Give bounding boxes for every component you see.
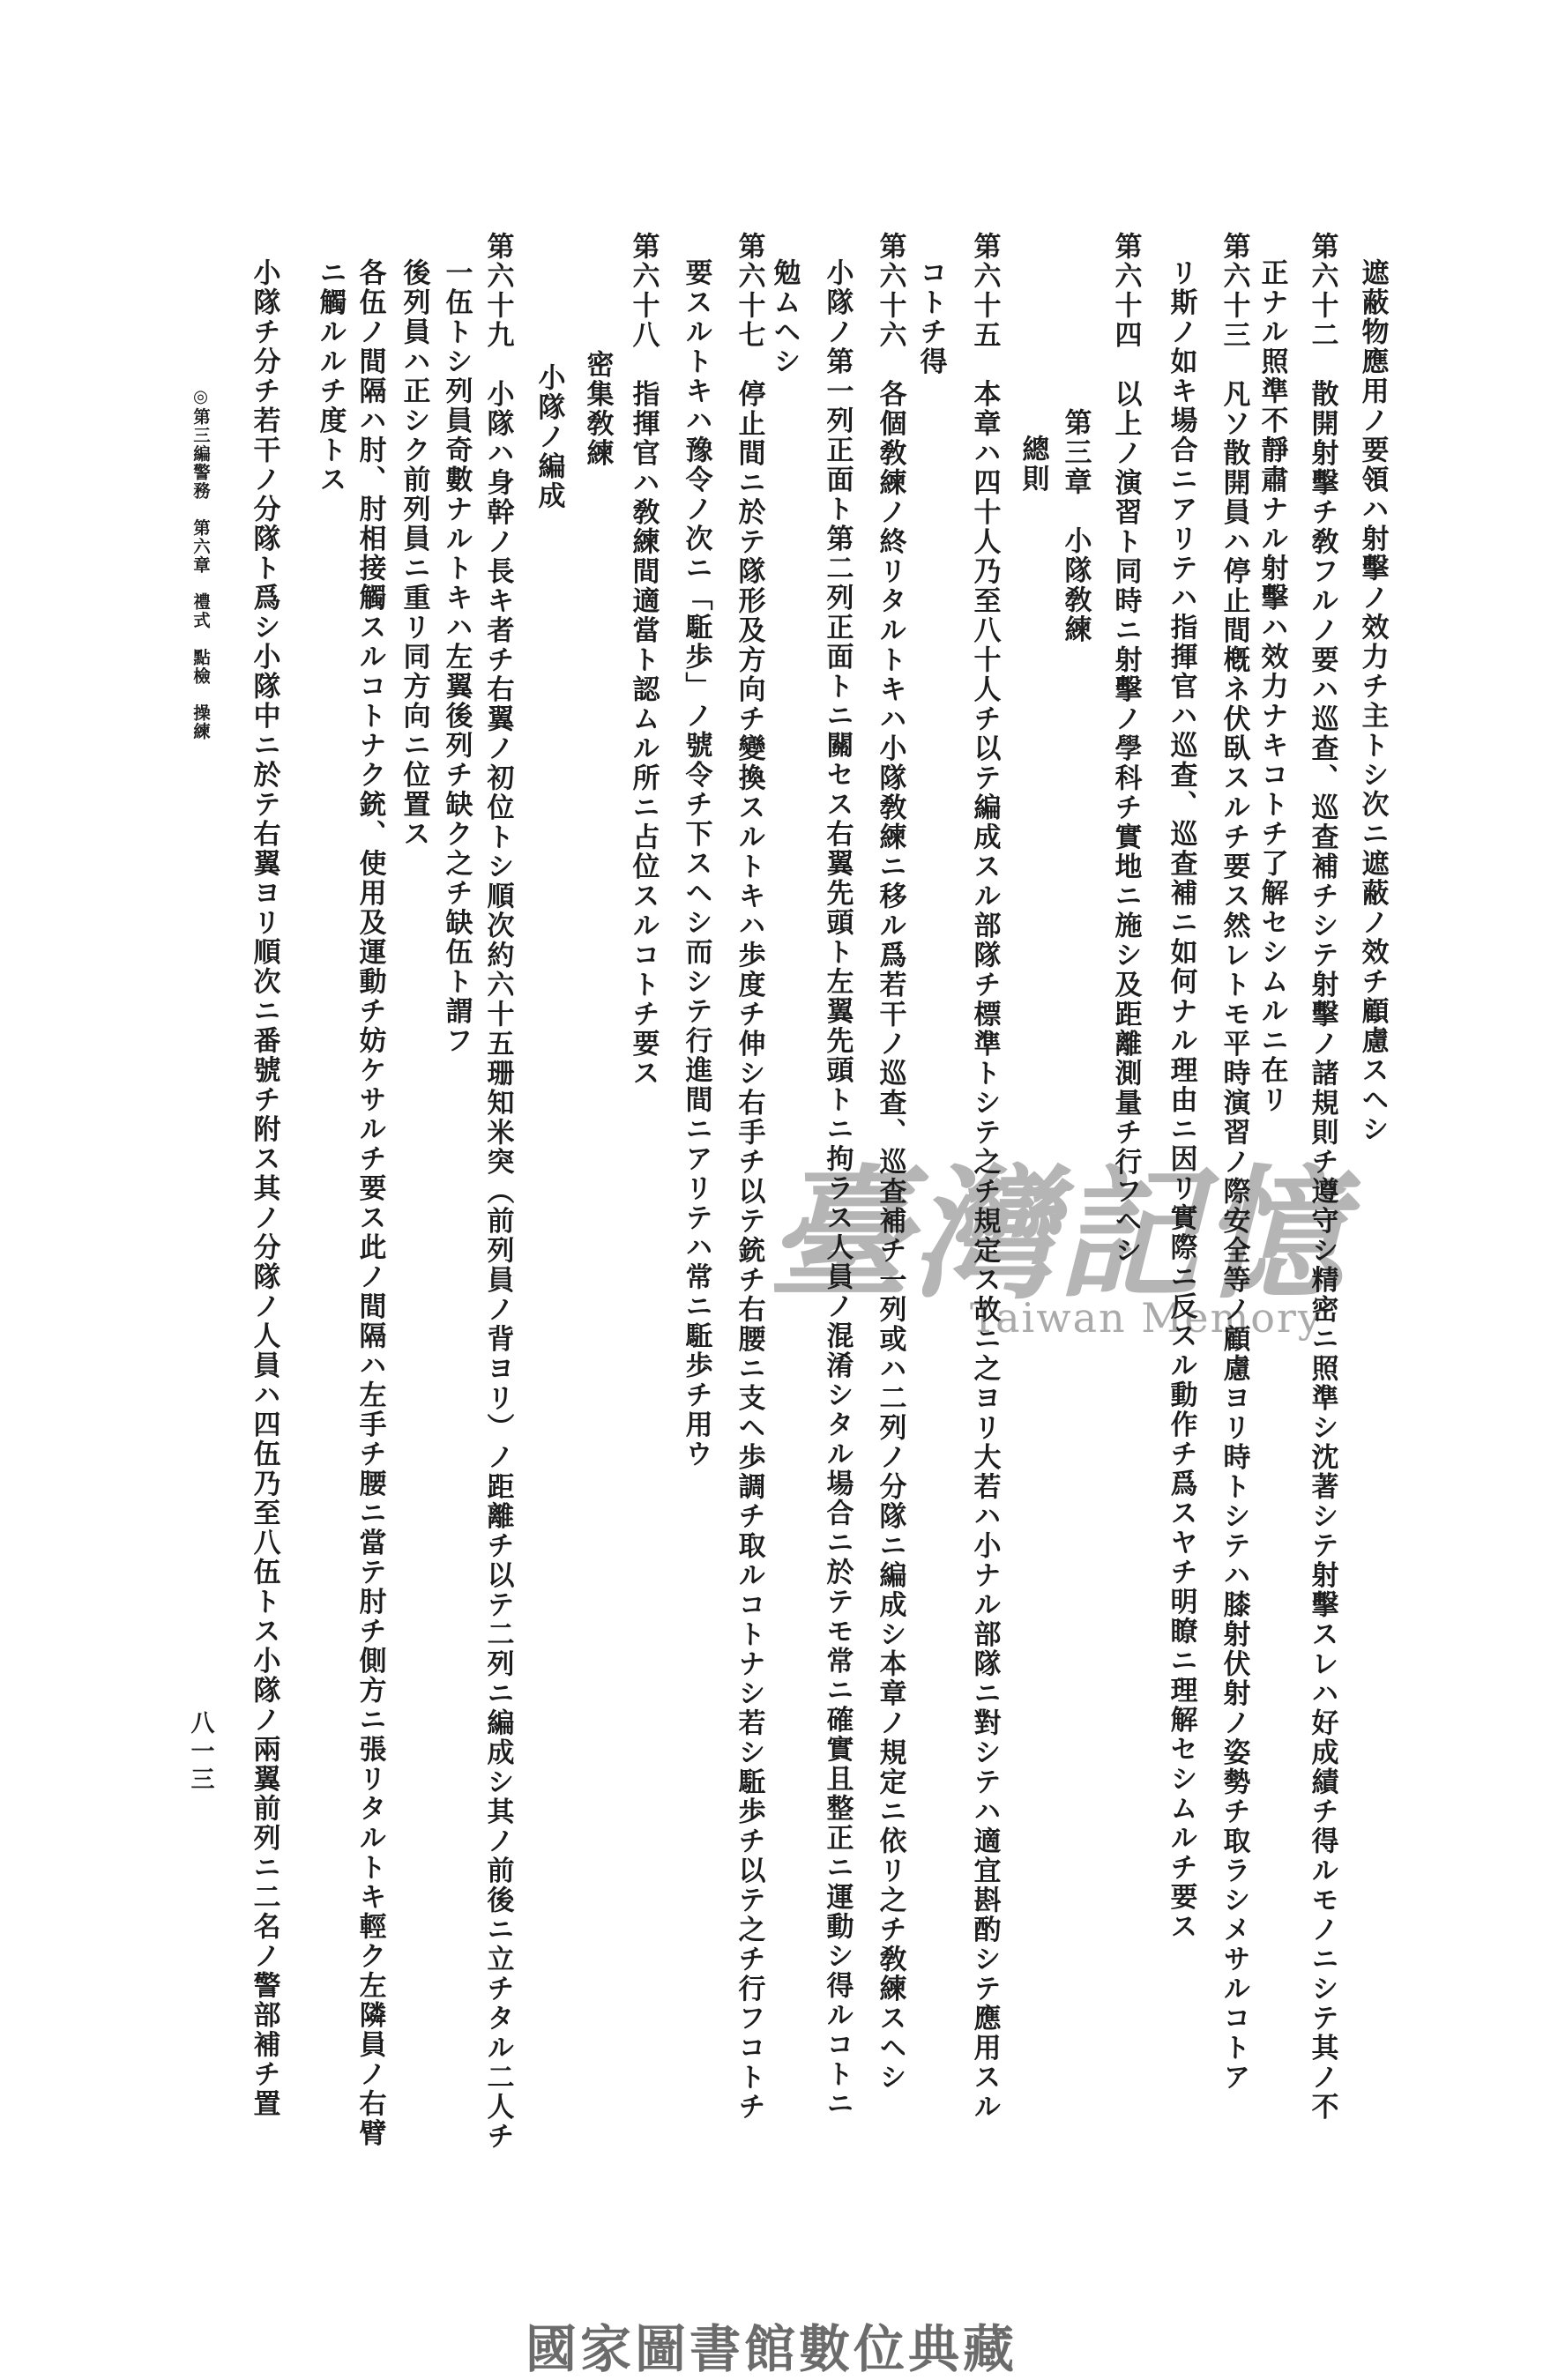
scanned-page: 臺灣記憶 Taiwan Memory 遮蔽物應用ノ要領ハ射擊ノ效力チ主トシ次ニ遮… bbox=[0, 0, 1543, 2380]
text-column: 第六十九 小隊ハ身幹ノ長キ者チ右翼ノ初位トシ順次約六十五珊知米突（前列員ノ背ヨリ… bbox=[479, 232, 518, 2152]
page-number: 八一三 bbox=[183, 1710, 218, 1795]
text-column: ニ觸ルルチ度トス bbox=[311, 258, 351, 495]
text-column: 勉ムヘシ bbox=[765, 258, 805, 376]
text-column: 第六十四 以上ノ演習ト同時ニ射擊ノ學科チ實地ニ施シ及距離測量チ行フヘシ bbox=[1107, 232, 1146, 1266]
text-column: 小隊チ分チ若干ノ分隊ト爲シ小隊中ニ於テ右翼ヨリ順次ニ番號チ附ス其ノ分隊ノ人員ハ四… bbox=[245, 258, 285, 2119]
text-column: 第六十三 凡ソ散開員ハ停止間槪ネ伏臥スルチ要ス然レトモ平時演習ノ際安全等ノ顧慮ヨ… bbox=[1215, 232, 1255, 2093]
section-heading: 第三章 小隊敎練 bbox=[1056, 408, 1096, 644]
text-column: 正ナル照準不靜肅ナル射擊ハ效力ナキコトチ了解セシムルニ在リ bbox=[1253, 258, 1293, 1115]
library-watermark: 國家圖書館數位典藏 bbox=[526, 2308, 1017, 2380]
text-column: 第六十八 指揮官ハ敎練間適當ト認ムル所ニ占位スルコトチ要ス bbox=[624, 232, 664, 1089]
text-column: 各伍ノ間隔ハ肘、肘相接觸スルコトナク銃、使用及運動チ妨ケサルチ要ス此ノ間隔ハ左手… bbox=[351, 258, 391, 2148]
text-column: 第六十七 停止間ニ於テ隊形及方向チ變換スルトキハ歩度チ伸シ右手チ以テ銃チ右腰ニ支… bbox=[730, 232, 770, 2122]
text-column: 後列員ハ正シク前列員ニ重リ同方向ニ位置ス bbox=[395, 258, 435, 849]
text-column: 第六十二 散開射擊チ敎フルノ要ハ巡查、巡查補チシテ射擊ノ諸規則チ遵守シ精密ニ照準… bbox=[1303, 232, 1343, 2122]
text-column: コトチ得 bbox=[912, 258, 951, 376]
section-heading: 總則 bbox=[1014, 435, 1054, 494]
text-column: 小隊ノ第一列正面ト第二列正面トニ關セス右翼先頭ト左翼先頭トニ拘ラス人員ノ混淆シタ… bbox=[818, 258, 858, 2119]
text-column: リ斯ノ如キ場合ニアリテハ指揮官ハ巡查、巡查補ニ如何ナル理由ニ因リ實際ニ反スル動作… bbox=[1162, 258, 1202, 1942]
watermark-latin-text: Taiwan Memory bbox=[970, 1294, 1345, 1342]
text-column: 一伍トシ列員奇數ナルトキハ左翼後列チ缺ク之チ缺伍ト謂フ bbox=[437, 258, 477, 1056]
section-heading: 小隊ノ編成 bbox=[530, 363, 570, 511]
section-heading: 密集敎練 bbox=[578, 350, 618, 468]
text-column: 遮蔽物應用ノ要領ハ射擊ノ效力チ主トシ次ニ遮蔽ノ效チ顧慮スヘシ bbox=[1353, 258, 1393, 1144]
margin-title: ◎第三編警務 第六章 禮式 點檢 操練 bbox=[188, 386, 212, 741]
text-column: 第六十六 各個敎練ノ終リタルトキハ小隊敎練ニ移ル爲若干ノ巡查、巡查補チ一列或ハ二… bbox=[871, 232, 911, 2093]
text-column: 要スルトキハ豫令ノ次ニ「駈歩」ノ號令チ下スヘシ而シテ行進間ニアリテハ常ニ駈歩チ用… bbox=[677, 258, 717, 1469]
text-column: 第六十五 本章ハ四十人乃至八十人チ以テ編成スル部隊チ標準トシテ之チ規定ス故ニ之ヨ… bbox=[965, 232, 1005, 2122]
